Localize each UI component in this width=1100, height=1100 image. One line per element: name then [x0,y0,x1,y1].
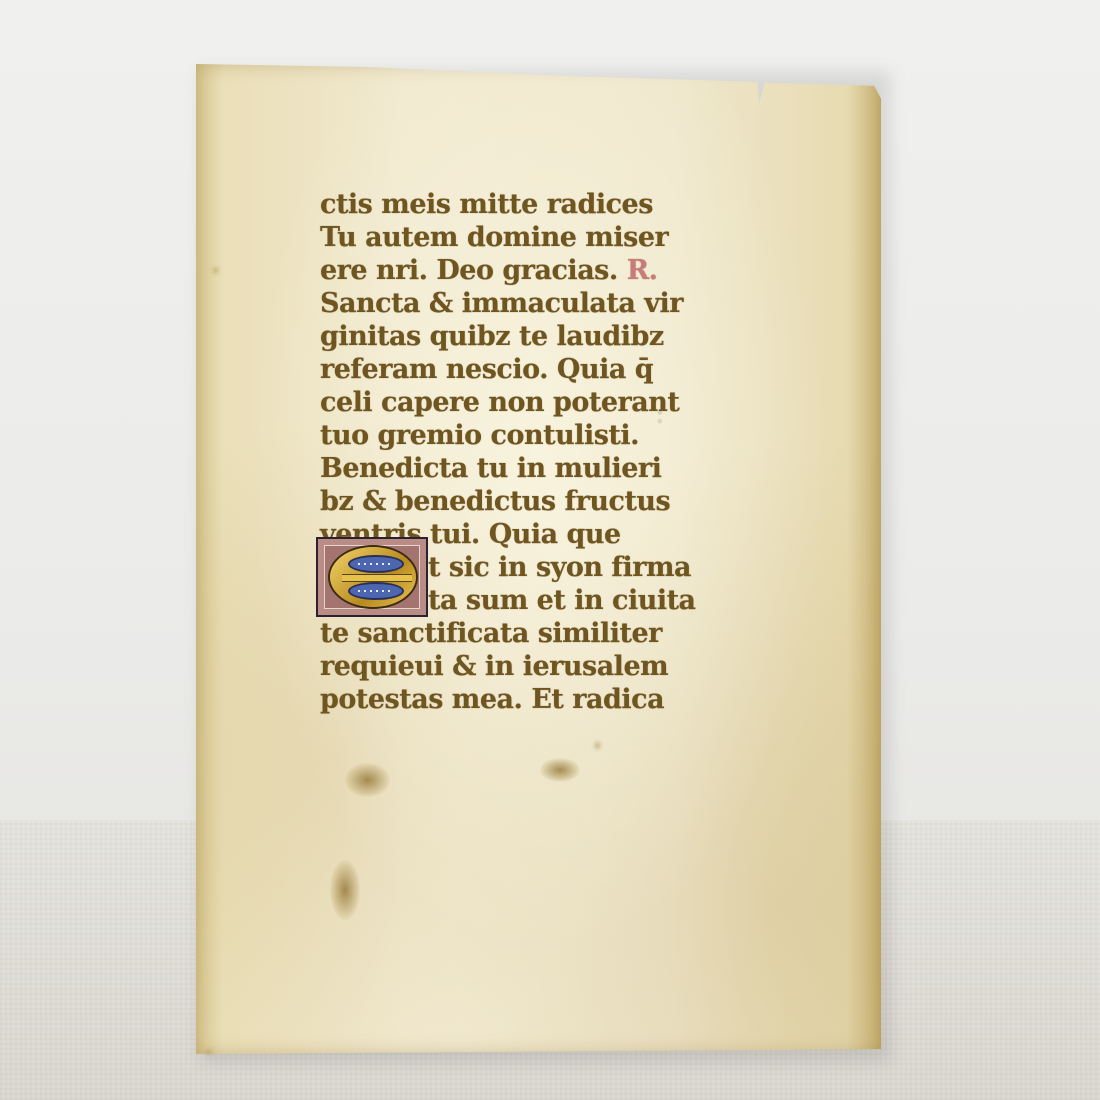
text-segment: ere nri. Deo gracias. [320,255,618,286]
text-line: potestas mea. Et radica [320,683,680,716]
stain [345,763,390,797]
text-line: Benedicta tu in mulieri [320,452,680,485]
text-line: bz & benedictus fructus [320,485,680,518]
initial-blue-lobe-bottom [348,582,404,600]
text-line: te sanctificata similiter [320,617,680,650]
stain [330,860,360,920]
text-line: Tu autem domine miser [320,221,680,254]
manuscript-text: ctis meis mitte radices Tu autem domine … [320,188,680,716]
text-line: requieui & in ierusalem [320,650,680,683]
rubric-mark: R. [627,255,658,286]
text-line: tuo gremio contulisti. [320,419,680,452]
text-line: ctis meis mitte radices [320,188,680,221]
illuminated-initial-e [316,537,428,617]
initial-crossbar [342,574,412,582]
text-line: referam nescio. Quia q̄ [320,353,680,386]
text-line: celi capere non poterant [320,386,680,419]
initial-blue-lobe-top [348,555,404,573]
speck [595,742,600,749]
speck [207,1050,211,1054]
stain [540,758,580,782]
speck [213,268,218,273]
initial-gold-letter [330,547,416,607]
text-line: Sancta & immaculata vir [320,287,680,320]
text-line: ginitas quibz te laudibz [320,320,680,353]
text-line: ere nri. Deo gracias. R. [320,254,680,287]
